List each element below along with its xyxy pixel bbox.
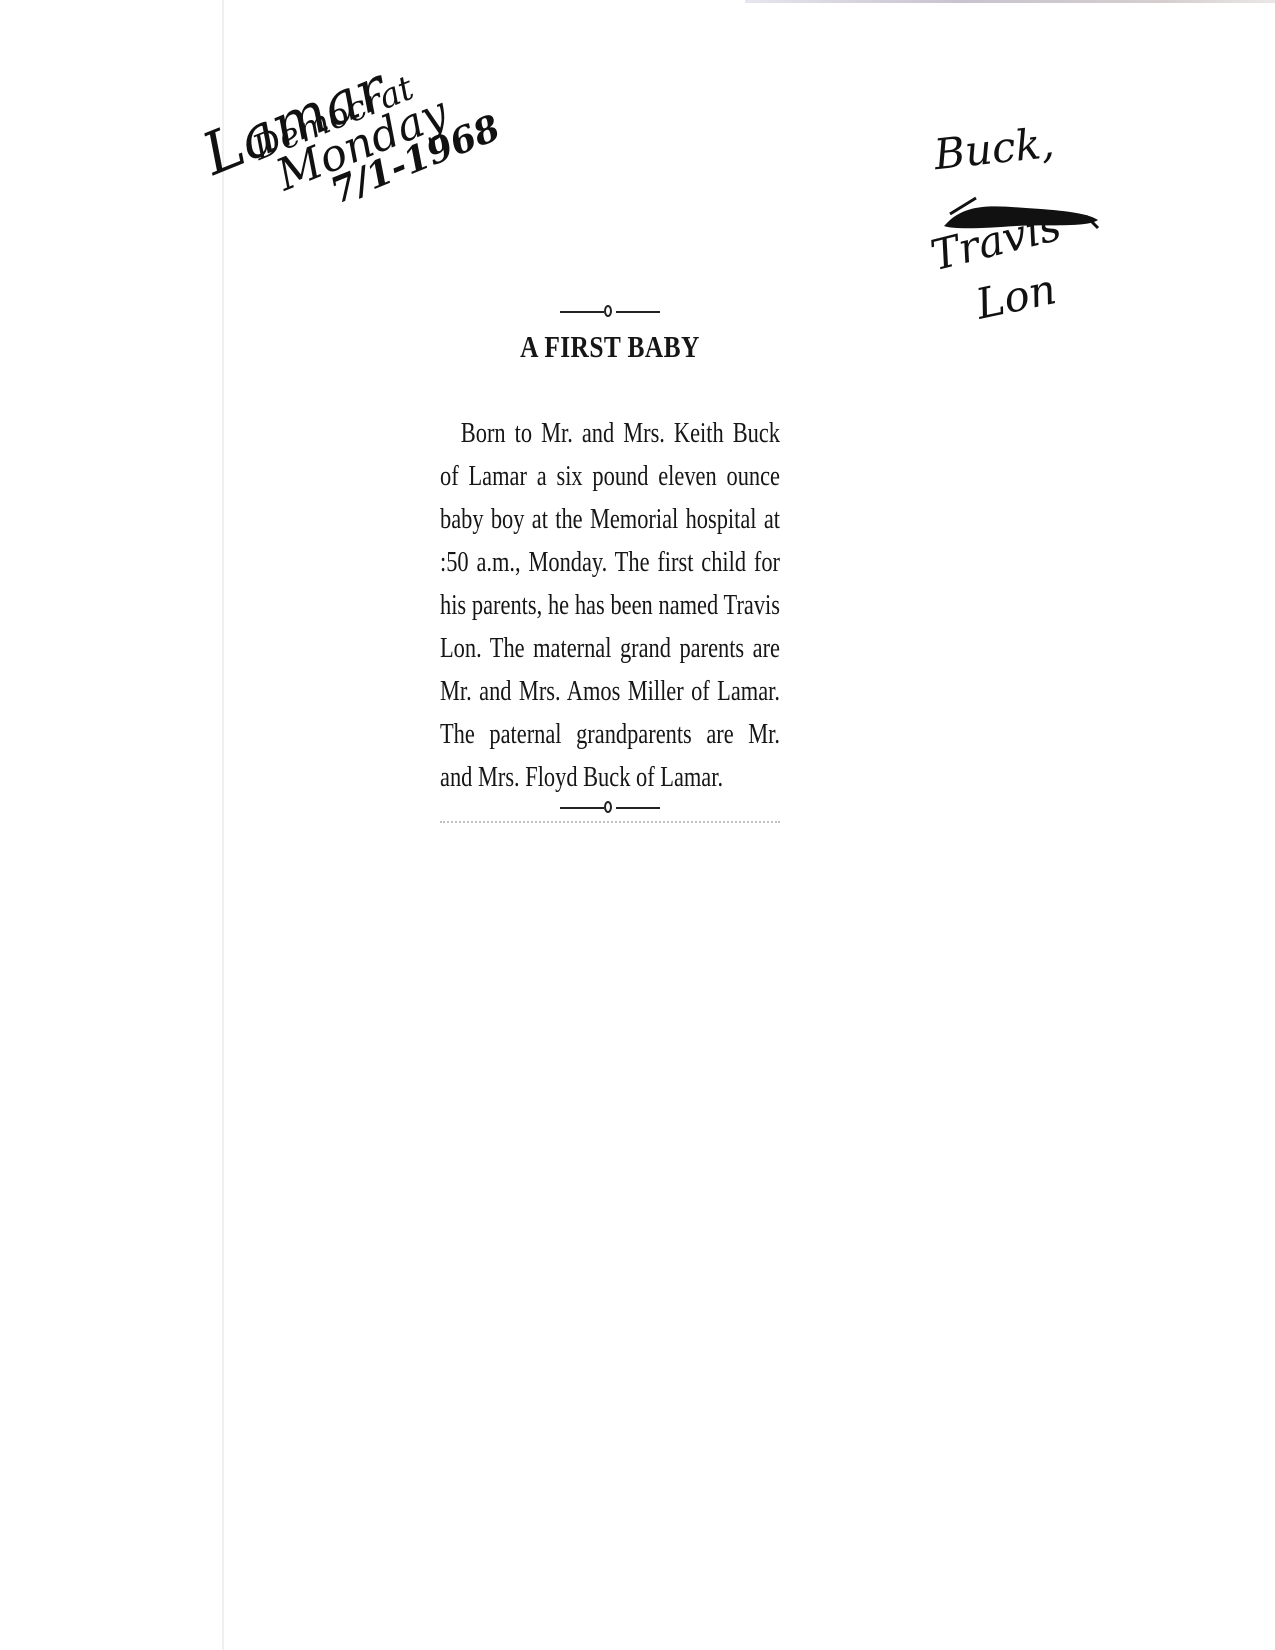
article-headline: A FIRST BABY bbox=[471, 329, 750, 365]
scanned-page: Lamar Democrat Monday 7/1-1968 Buck, Tra… bbox=[0, 0, 1275, 1650]
ornament-rule-bottom bbox=[560, 801, 660, 815]
handwritten-line: Lon bbox=[973, 268, 1060, 326]
scan-edge bbox=[745, 0, 1275, 3]
ornament-rule-top bbox=[560, 305, 660, 319]
fold-line bbox=[222, 0, 224, 1650]
handwritten-source-note: Lamar Democrat Monday 7/1-1968 bbox=[195, 24, 505, 248]
article-paragraph: Born to Mr. and Mrs. Keith Buck of Lamar… bbox=[440, 412, 780, 799]
handwritten-line: Buck, bbox=[932, 122, 1056, 176]
newspaper-clipping: A FIRST BABY Born to Mr. and Mrs. Keith … bbox=[440, 305, 780, 826]
clipping-cut-edge bbox=[440, 821, 780, 826]
article-body: Born to Mr. and Mrs. Keith Buck of Lamar… bbox=[440, 412, 780, 799]
